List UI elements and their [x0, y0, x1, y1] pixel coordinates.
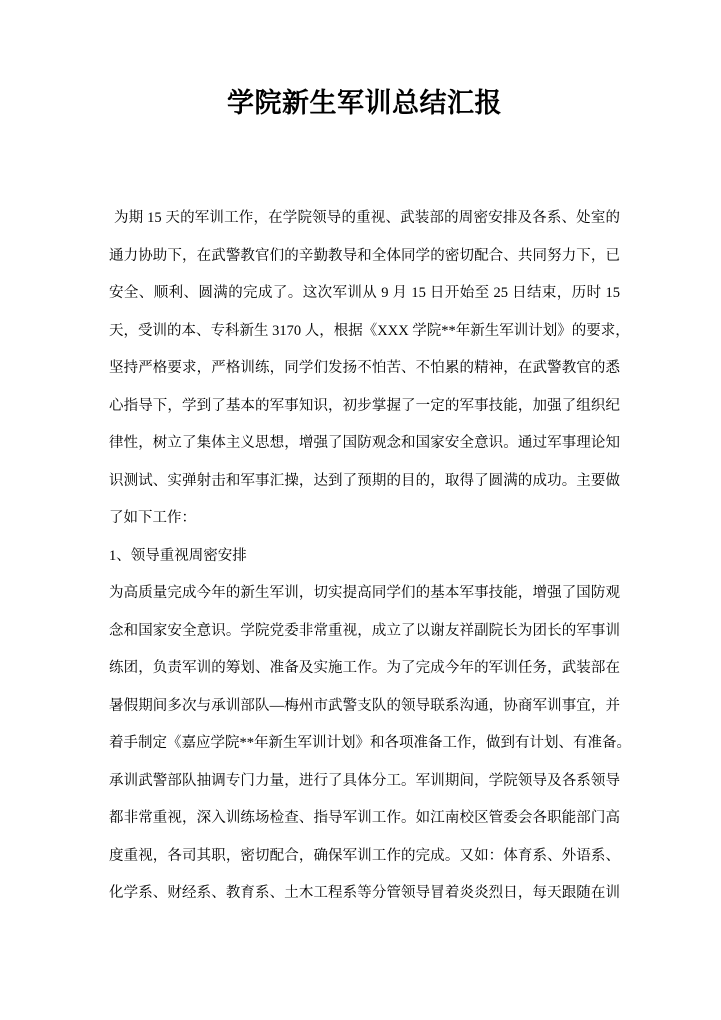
paragraph-intro: 为期 15 天的军训工作，在学院领导的重视、武装部的周密安排及各系、处室的 通力… [109, 200, 620, 538]
text-line: 天，受训的本、专科新生 3170 人，根据《XXX 学院**年新生军训计划》的要… [109, 313, 620, 351]
text-line: 度重视，各司其职，密切配合，确保军训工作的完成。又如：体育系、外语系、 [109, 838, 620, 876]
text-line: 安全、顺利、圆满的完成了。这次军训从 9 月 15 日开始至 25 日结束，历时… [109, 275, 620, 313]
text-line: 着手制定《嘉应学院**年新生军训计划》和各项准备工作，做到有计划、有准备。 [109, 725, 620, 763]
text-line: 了如下工作： [109, 500, 620, 538]
text-line: 通力协助下，在武警教官们的辛勤教导和全体同学的密切配合、共同努力下，已 [109, 238, 620, 276]
text-line: 坚持严格要求，严格训练，同学们发扬不怕苦、不怕累的精神，在武警教官的悉 [109, 350, 620, 388]
text-line: 暑假期间多次与承训部队—梅州市武警支队的领导联系沟通，协商军训事宜，并 [109, 688, 620, 726]
section-heading-1: 1、领导重视周密安排 [109, 538, 620, 576]
paragraph-section-1: 为高质量完成今年的新生军训，切实提高同学们的基本军事技能，增强了国防观 念和国家… [109, 575, 620, 913]
text-line: 都非常重视，深入训练场检查、指导军训工作。如江南校区管委会各职能部门高 [109, 800, 620, 838]
text-line: 律性，树立了集体主义思想，增强了国防观念和国家安全意识。通过军事理论知 [109, 425, 620, 463]
text-line: 心指导下，学到了基本的军事知识，初步掌握了一定的军事技能，加强了组织纪 [109, 388, 620, 426]
text-line: 为高质量完成今年的新生军训，切实提高同学们的基本军事技能，增强了国防观 [109, 575, 620, 613]
text-line: 识测试、实弹射击和军事汇操，达到了预期的目的，取得了圆满的成功。主要做 [109, 463, 620, 501]
text-line: 为期 15 天的军训工作，在学院领导的重视、武装部的周密安排及各系、处室的 [109, 200, 620, 238]
text-line: 承训武警部队抽调专门力量，进行了具体分工。军训期间，学院领导及各系领导 [109, 763, 620, 801]
text-line: 练团，负责军训的筹划、准备及实施工作。为了完成今年的军训任务，武装部在 [109, 650, 620, 688]
text-line: 念和国家安全意识。学院党委非常重视，成立了以谢友祥副院长为团长的军事训 [109, 613, 620, 651]
heading-line: 1、领导重视周密安排 [109, 538, 620, 576]
document-page: 学院新生军训总结汇报 为期 15 天的军训工作，在学院领导的重视、武装部的周密安… [0, 0, 721, 1020]
text-line: 化学系、财经系、教育系、土木工程系等分管领导冒着炎炎烈日，每天跟随在训 [109, 875, 620, 913]
document-title: 学院新生军训总结汇报 [109, 77, 620, 117]
